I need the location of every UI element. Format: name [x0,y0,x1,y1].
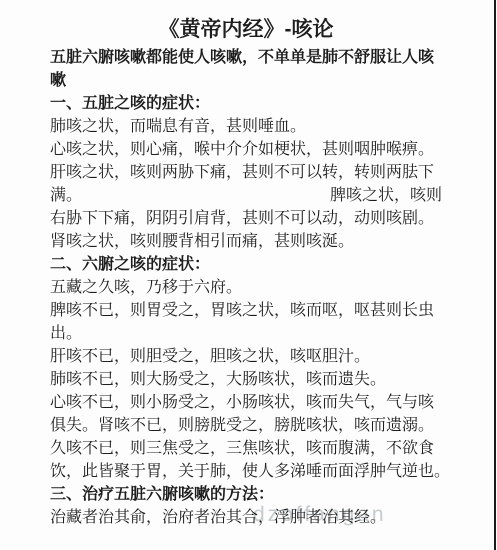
document-body: 五脏六腑咳嗽都能使人咳嗽，不单单是肺不舒服让人咳嗽一、五脏之咳的症状：肺咳之状，… [50,46,442,529]
document-content: 《黄帝内经》-咳论 五脏六腑咳嗽都能使人咳嗽，不单单是肺不舒服让人咳嗽一、五脏之… [50,13,442,529]
text-line: 五藏之久咳，乃移于六府。 [50,276,442,299]
text-line: 脾咳不已，则胃受之，胃咳之状，咳而呕，呕甚则长虫 [50,299,442,322]
text-line: 治藏者治其俞，治府者治其合，浮肿者治其经。 [50,506,442,529]
page-title: 《黄帝内经》-咳论 [50,13,442,46]
split-left-text: 满。 [50,184,82,207]
text-line: 饮，此皆聚于胃，关于肺，使人多涕唾而面浮肿气逆也。 [50,460,442,483]
split-right-text: 脾咳之状，咳则 [330,184,442,207]
text-line: 肝咳不已，则胆受之，胆咳之状，咳呕胆汁。 [50,345,442,368]
document-page: dzoffangan 《黄帝内经》-咳论 五脏六腑咳嗽都能使人咳嗽，不单单是肺不… [0,0,497,550]
text-line: 俱失。肾咳不已，则膀胱受之，膀胱咳状，咳而遗溺。 [50,414,442,437]
text-line: 右胁下下痛，阴阴引肩背，甚则不可以动，动则咳剧。 [50,207,442,230]
section-heading: 二、六腑之咳的症状： [50,253,442,276]
intro-line: 五脏六腑咳嗽都能使人咳嗽，不单单是肺不舒服让人咳 [50,46,442,69]
text-line: 心咳不已，则小肠受之，小肠咳状，咳而失气，气与咳 [50,391,442,414]
text-line: 肝咳之状，咳则两胁下痛，甚则不可以转，转则两胠下 [50,161,442,184]
text-line: 出。 [50,322,442,345]
text-line: 肺咳之状，而喘息有音，甚则唾血。 [50,115,442,138]
text-line: 肾咳之状，咳则腰背相引而痛，甚则咳涎。 [50,230,442,253]
section-heading: 三、治疗五脏六腑咳嗽的方法： [50,483,442,506]
section-heading: 一、五脏之咳的症状： [50,92,442,115]
text-line: 心咳之状，则心痛，喉中介介如梗状，甚则咽肿喉痹。 [50,138,442,161]
text-line: 肺咳不已，则大肠受之，大肠咳状，咳而遗失。 [50,368,442,391]
text-line: 久咳不已，则三焦受之，三焦咳状，咳而腹满，不欲食 [50,437,442,460]
intro-line: 嗽 [50,69,442,92]
right-border-line [494,0,496,550]
text-line-split: 满。脾咳之状，咳则 [50,184,442,207]
